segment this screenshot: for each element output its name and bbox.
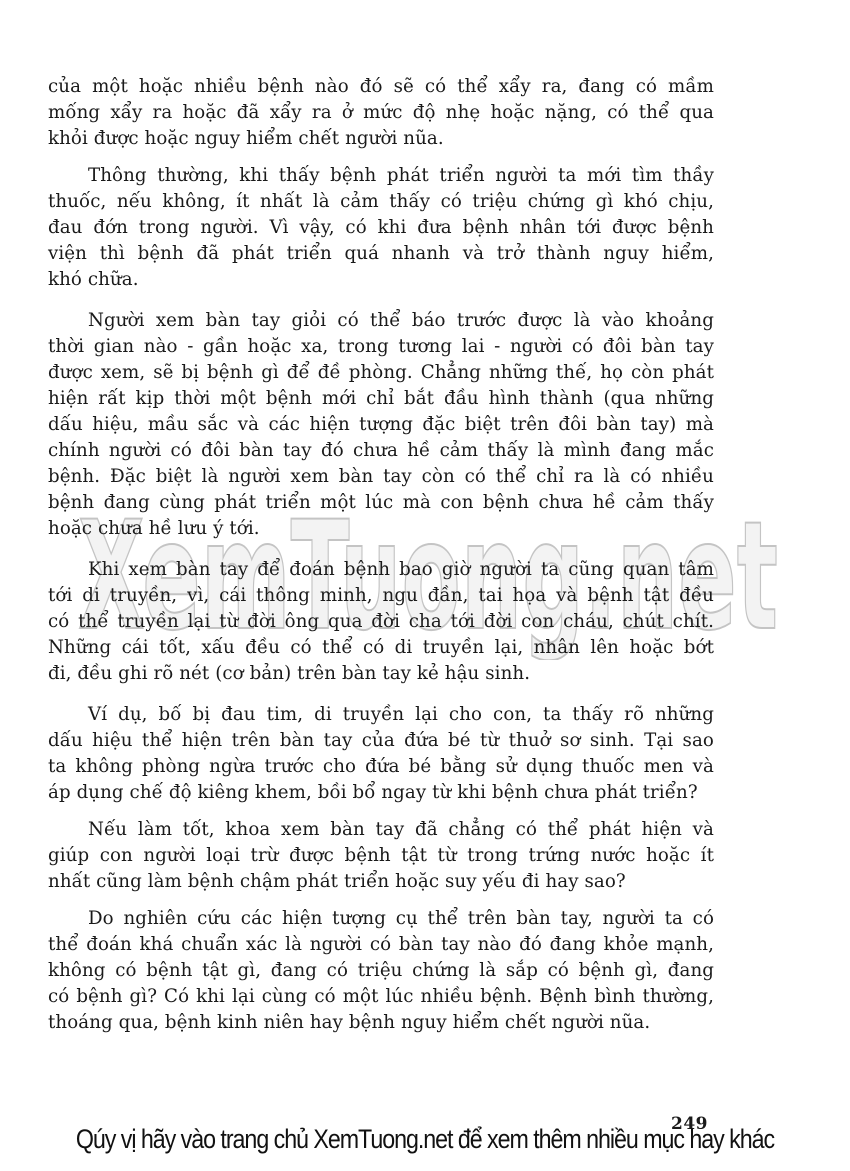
text-line: có thể truyền lại từ đời ông qua đời cha… <box>48 609 714 635</box>
text-line: Khi xem bàn tay để đoán bệnh bao giờ ngư… <box>48 557 714 583</box>
text-line: Ví dụ, bố bị đau tim, di truyền lại cho … <box>48 702 714 728</box>
text-line: bệnh đang cùng phát triển một lúc mà con… <box>48 490 714 516</box>
text-line: thời gian nào - gần hoặc xa, trong tương… <box>48 334 714 360</box>
text-line: có bệnh gì? Có khi lại cùng có một lúc n… <box>48 984 714 1010</box>
paragraph: Nếu làm tốt, khoa xem bàn tay đã chẳng c… <box>48 817 714 895</box>
text-line: Thông thường, khi thấy bệnh phát triển n… <box>48 163 714 189</box>
text-line: mống xẩy ra hoặc đã xẩy ra ở mức độ nhẹ … <box>48 100 714 126</box>
text-line: Do nghiên cứu các hiện tượng cụ thể trên… <box>48 906 714 932</box>
footer-promo-banner: Qúy vị hãy vào trang chủ XemTuong.net để… <box>60 1124 791 1155</box>
text-line: thuốc, nếu không, ít nhất là cảm thấy có… <box>48 189 714 215</box>
text-line: viện thì bệnh đã phát triển quá nhanh và… <box>48 241 714 267</box>
book-page: XemTuong.net của một hoặc nhiều bệnh nào… <box>0 0 850 1171</box>
text-line: hiện rất kịp thời một bệnh mới chỉ bắt đ… <box>48 386 714 412</box>
text-line: đau đớn trong người. Vì vậy, có khi đưa … <box>48 215 714 241</box>
paragraph: Người xem bàn tay giỏi có thể báo trước … <box>48 308 714 542</box>
text-line: đi, đều ghi rõ nét (cơ bản) trên bàn tay… <box>48 661 714 687</box>
text-line: được xem, sẽ bị bệnh gì để đề phòng. Chẳ… <box>48 360 714 386</box>
text-line: hoặc chưa hề lưu ý tới. <box>48 516 714 542</box>
text-line: dấu hiệu thể hiện trên bàn tay của đứa b… <box>48 728 714 754</box>
paragraph: Thông thường, khi thấy bệnh phát triển n… <box>48 163 714 293</box>
paragraph: Khi xem bàn tay để đoán bệnh bao giờ ngư… <box>48 557 714 687</box>
text-line: thể đoán khá chuẩn xác là người có bàn t… <box>48 932 714 958</box>
paragraph: của một hoặc nhiều bệnh nào đó sẽ có thể… <box>48 74 714 152</box>
text-line: nhất cũng làm bệnh chậm phát triển hoặc … <box>48 869 714 895</box>
text-line: bệnh. Đặc biệt là người xem bàn tay còn … <box>48 464 714 490</box>
text-line: áp dụng chế độ kiêng khem, bồi bổ ngay t… <box>48 780 714 806</box>
text-line: không có bệnh tật gì, đang có triệu chứn… <box>48 958 714 984</box>
text-line: chính người có đôi bàn tay đó chưa hề cả… <box>48 438 714 464</box>
text-line: khỏi được hoặc nguy hiểm chết người nũa. <box>48 126 714 152</box>
text-line: Nếu làm tốt, khoa xem bàn tay đã chẳng c… <box>48 817 714 843</box>
paragraph: Ví dụ, bố bị đau tim, di truyền lại cho … <box>48 702 714 806</box>
text-line: ta không phòng ngừa trước cho đứa bé bằn… <box>48 754 714 780</box>
text-line: thoáng qua, bệnh kinh niên hay bệnh nguy… <box>48 1010 714 1036</box>
text-line: giúp con người loại trừ được bệnh tật từ… <box>48 843 714 869</box>
text-line: Những cái tốt, xấu đều có thể có di truy… <box>48 635 714 661</box>
text-line: tới di truyền, vì, cái thông minh, ngu đ… <box>48 583 714 609</box>
text-line: khó chữa. <box>48 267 714 293</box>
text-line: của một hoặc nhiều bệnh nào đó sẽ có thể… <box>48 74 714 100</box>
body-text: của một hoặc nhiều bệnh nào đó sẽ có thể… <box>48 74 714 1047</box>
text-line: dấu hiệu, mầu sắc và các hiện tượng đặc … <box>48 412 714 438</box>
paragraph: Do nghiên cứu các hiện tượng cụ thể trên… <box>48 906 714 1036</box>
text-line: Người xem bàn tay giỏi có thể báo trước … <box>48 308 714 334</box>
